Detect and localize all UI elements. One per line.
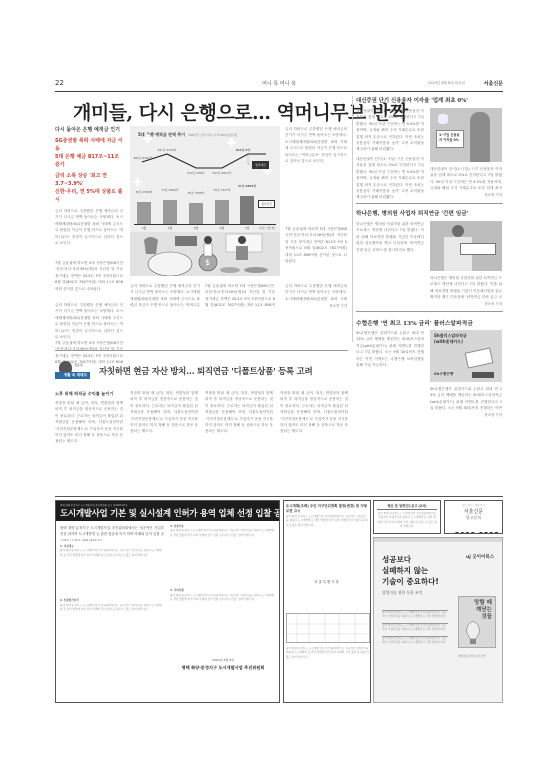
ads-divider — [55, 496, 503, 497]
article-divider-2 — [356, 311, 503, 312]
column-col-1: 노후 위해 퇴직금 수익률 높이기 직장을 떠날 때 급여, 복지, 연령성과 … — [55, 390, 123, 492]
tender-section-4-text: 평택 화양·분정지구 도시개발사업 추진위원회에서는 성공적인 사업추진을 위하… — [170, 594, 276, 654]
main-paragraph-1: 금리 하락으로 주춤했던 은행 예적금의 인기가 다시금 반짝 돌아오는 모양새… — [55, 208, 123, 260]
main-article-col5: 금리 하락으로 주춤했던 은행 예적금의 인기가 다시금 반짝 돌아오는 모양새… — [285, 283, 347, 308]
right-article-3-headline: 수협은행 '연 최고 13% 금리' 플러스알파적금 — [356, 318, 503, 327]
model-figure — [470, 112, 490, 162]
right-article-3-body-a: Sh수협은행은 롯데카드와 손잡고 최대 연 13% 금리 혜택을 제공하는 S… — [356, 330, 424, 418]
right-article-1-body-c: 대신증권이 단기(1~7일) 구간 신용융자 이자율을 업계 최초로 0%로 인… — [430, 166, 502, 192]
book-ad-tagline: 창업자를 위한 독한 조언 — [382, 590, 422, 596]
right-article-2-body-a: 하나은행은 병의원 사업자를 위한 퇴직연금 프로세스 개선에 나선다고 7일 … — [356, 221, 424, 301]
city-notice-table — [286, 613, 370, 643]
publisher-logo: uj 굿이어북스 — [466, 554, 494, 560]
piggy-bank-icon: $ — [130, 232, 280, 276]
x-tick-2: 4월 — [160, 226, 180, 230]
column-body-3: 직장을 떠날 때 급여, 복지, 연령성과 함께 퇴직 후 퇴직금을 정상적으로… — [205, 390, 273, 490]
main-paragraph-8: 7월 금융권에 따르면 5대 시중은행(KB국민·신한·하나·우리·NH농협)의… — [205, 283, 275, 310]
right-article-2-body-b: 하나은행은 병의원 사업자를 위한 퇴직연금 프로세스 개선에 나선다고 7일 … — [430, 275, 502, 301]
bar-label-5: 37조 0859억 — [234, 184, 260, 188]
right-article-1-body-a: 대신증권이 단기(1~7일) 구간 신용융자 이자율을 업계 최초로 0%로 인… — [356, 108, 424, 156]
city-notice-notes: 평택 화양·분정지구 도시개발사업 추진위원회에서는 성공적인 사업추진을 위하… — [286, 647, 370, 697]
main-paragraph-3: 금리 하락으로 주춤했던 은행 예적금의 인기가 다시금 반짝 돌아오는 모양새… — [55, 302, 123, 340]
page-header: 22 머니 톡 머니 쏙 2023년 8월 8일 화요일 서울신문 — [55, 78, 503, 92]
city-notice-signature: 서울특별시장 — [284, 579, 370, 584]
book-cover-caption: 창업자를 위한 독한 조언 — [458, 654, 486, 658]
bulb-icon — [463, 619, 483, 645]
tender-notice-intro: 평택 화양·분정지구 도시개발사업 추진위원회에서는 성공적인 사업추진을 위하… — [60, 525, 164, 541]
main-paragraph-9: 금리 하락으로 주춤했던 은행 예적금의 인기가 다시금 반짝 돌아오는 모양새… — [285, 283, 347, 303]
bar-label-3: 35조 7368억 — [183, 191, 209, 195]
bar-4 — [215, 200, 229, 224]
ad-contact-label: 광고문의 — [445, 515, 502, 521]
line-label-1: 806조 8267억 — [130, 156, 156, 160]
x-axis — [134, 224, 276, 225]
book-ad-line-2: 실패하지 않는 — [382, 565, 439, 576]
service-sign — [460, 243, 496, 255]
main-article-intro: 다시 돌아온 은행 예적금 인기 SG증권발 폭락 사태에 자금 이동 5대 은… — [55, 126, 123, 366]
product-ad-subtitle: (with롯데카드) — [434, 339, 463, 345]
column-headline: 자칫하면 현금 자산 방치… 퇴직연금 '디폴트상품' 등록 고려 — [99, 365, 312, 377]
legend-deposit: 정기예금 — [252, 161, 269, 169]
column-series-label: 생활 속 재테크 — [55, 372, 90, 379]
book-ad-reviews: 평택 화양·분정지구 도시개발사업 추진위원회에서는 성공적인 사업추진을 위하… — [382, 602, 448, 645]
settlement-notice-body: 평택 화양·분정지구 도시개발사업 추진위원회에서는 성공적인 사업추진을 위하… — [374, 512, 440, 534]
column-logo: 정윤정 생활 속 재테크 — [55, 361, 90, 381]
ad-contact-phone[interactable]: (02)2000-9393 — [445, 522, 502, 534]
settlement-notice-title: 해산 및 청계인도공고 (2차) — [377, 503, 437, 510]
bar-1 — [137, 202, 151, 224]
tender-notice-title: 도시개발사업 기본 및 실시설계 인허가 용역 업체 선정 입찰 공고 — [60, 507, 275, 521]
line-label-3: 812조 938억 — [183, 171, 209, 175]
right-article-1-byline: 한소영 기자 — [430, 192, 502, 197]
article-divider — [356, 203, 503, 204]
ad-contact-brand: 서울신문 — [445, 508, 502, 515]
book-ad-topbar — [374, 538, 503, 542]
book-cover-title: 망할 때 깨닫는 것들 — [459, 597, 495, 621]
main-byline: 한소영 기자 — [285, 303, 347, 308]
columnist-name: 정윤정 — [74, 363, 83, 367]
bar-5 — [240, 196, 254, 224]
main-subhead-4: 신한·우리, 연 5%대 상품도 출시 — [55, 188, 123, 204]
main-article-col3: 금리 하락으로 주춤했던 은행 예적금의 인기가 다시금 반짝 돌아오는 모양새… — [130, 283, 200, 310]
main-article-col4: 7월 금융권에 따르면 5대 시중은행(KB국민·신한·하나·우리·NH농협)의… — [205, 283, 275, 310]
tender-notice-date: 2023년 8월 8일 — [170, 658, 276, 662]
ad-contact-small: 광고 접수 · 게재 문의 — [445, 503, 502, 507]
ad-contact-box: 광고 접수 · 게재 문의 서울신문 광고문의 (02)2000-9393 — [444, 500, 503, 534]
column-divider — [352, 96, 353, 342]
column-body-4: 직장을 떠날 때 급여, 복지, 연령성과 함께 퇴직 후 퇴직금을 정상적으로… — [280, 390, 348, 490]
column-kicker: 노후 위해 퇴직금 수익률 높이기 — [55, 390, 123, 398]
main-paragraph-7: 금리 하락으로 주춤했던 은행 예적금의 인기가 다시금 반짝 돌아오는 모양새… — [130, 283, 200, 310]
main-paragraph-2: 7월 금융권에 따르면 5대 시중은행(KB국민·신한·하나·우리·NH농협)의… — [55, 260, 123, 300]
rate-banner: 1~7일 신용융자 이자율 0% — [436, 130, 464, 148]
right-article-2-byline: 한소영 기자 — [430, 301, 502, 306]
line-label-5: 813조 5억 — [230, 148, 256, 152]
main-kicker: 다시 돌아온 은행 예적금 인기 — [55, 126, 123, 134]
bar-label-4: 35조 7927억 — [209, 188, 235, 192]
tender-section-3-text: 평택 화양·분정지구 도시개발사업 추진위원회에서는 성공적인 사업추진을 위하… — [170, 529, 276, 589]
book-ad-line-3: 기술이 중요하다! — [382, 576, 439, 587]
main-paragraph-5: 금리 하락으로 주춤했던 은행 예적금의 인기가 다시금 반짝 돌아오는 모양새… — [285, 126, 347, 226]
x-tick-1: 3월 — [134, 226, 154, 230]
book-ad-copy: 성공보다 실패하지 않는 기술이 중요하다! — [382, 554, 439, 587]
bar-label-2: 37조 2069억 — [157, 188, 183, 192]
savings-illustration: $ — [130, 232, 280, 276]
main-subhead-2: 5대 은행 예금 817조~11조 증가 — [55, 153, 123, 169]
main-subhead-3: 금리 소폭 상승 '최고 연 3.7~3.9%' — [55, 172, 123, 188]
column-col-4: 직장을 떠날 때 급여, 복지, 연령성과 함께 퇴직 후 퇴직금을 정상적으로… — [280, 390, 348, 490]
settlement-notice-ad: 해산 및 청계인도공고 (2차) 평택 화양·분정지구 도시개발사업 추진위원회… — [373, 500, 441, 534]
book-ad-line-1: 성공보다 — [382, 554, 439, 565]
tender-notice-ad: 평택 화양·분정지구 도시개발사업 추진위원회 공고 제2023-01호 도시개… — [55, 500, 280, 703]
column-body-2: 직장을 떠날 때 급여, 복지, 연령성과 함께 퇴직 후 퇴직금을 정상적으로… — [130, 390, 198, 490]
line-label-2: 811조 3233억 — [154, 148, 180, 152]
column-section-divider — [55, 350, 348, 351]
x-tick-3: 5월 — [186, 226, 206, 230]
column-col-3: 직장을 떠날 때 급여, 복지, 연령성과 함께 퇴직 후 퇴직금을 정상적으로… — [205, 390, 273, 490]
x-tick-4: 6월 — [212, 226, 232, 230]
app-logo-icon — [438, 114, 448, 124]
right-article-1: 대신증권 단기 신용융자 이자율 '업계 최초 0%' 대신증권이 단기(1~7… — [356, 96, 503, 104]
tender-section-2-text: 평택 화양·분정지구 도시개발사업 추진위원회에서는 성공적인 사업추진을 위하… — [60, 604, 164, 654]
newspaper-brand: 서울신문 — [484, 80, 503, 87]
column-col-2: 직장을 떠날 때 급여, 복지, 연령성과 함께 퇴직 후 퇴직금을 정상적으로… — [130, 390, 198, 490]
column-body-1: 직장을 떠날 때 급여, 복지, 연령성과 함께 퇴직 후 퇴직금을 정상적으로… — [55, 400, 123, 492]
right-article-2: 하나은행, 병의원 사업자 퇴직연금 '간편 임금' 하나은행은 병의원 사업자… — [356, 209, 503, 217]
right-article-2-photo — [430, 221, 502, 271]
city-notice-body: 평택 화양·분정지구 도시개발사업 추진위원회에서는 성공적인 사업추진을 위하… — [284, 515, 370, 579]
city-notice-title: 도시계획(조례) 주민 지구단위계획 결정(변경) 및 지형도면 고시 — [284, 501, 370, 515]
right-article-3-body-b: Sh수협은행은 롯데카드와 손잡고 최대 연 13% 금리 혜택을 제공하는 S… — [430, 386, 502, 412]
product-ad-badge — [472, 372, 494, 378]
city-notice-ad: 도시계획(조례) 주민 지구단위계획 결정(변경) 및 지형도면 고시 평택 화… — [283, 500, 371, 703]
right-article-3-byline: 한소영 기자 — [430, 412, 502, 417]
right-article-3: 수협은행 '연 최고 13% 금리' 플러스알파적금 Sh수협은행은 롯데카드와… — [356, 318, 503, 327]
line-label-4: 813조 8623억 — [209, 171, 235, 175]
newspaper-page: 22 머니 톡 머니 쏙 2023년 8월 8일 화요일 서울신문 개미들, 다… — [55, 78, 503, 706]
right-article-1-body-b: 대신증권이 단기(1~7일) 구간 신용융자 이자율을 업계 최초로 0%로 인… — [356, 156, 424, 200]
right-article-1-photo: 1~7일 신용융자 이자율 0% — [430, 108, 502, 162]
bar-2 — [163, 200, 177, 224]
svg-text:$: $ — [205, 258, 210, 267]
suhyup-logo: Sh수협은행 — [434, 372, 453, 377]
right-article-1-headline: 대신증권 단기 신용융자 이자율 '업계 최초 0%' — [356, 96, 503, 104]
savings-product-ad: Sh플러스알파적금 (with롯데카드) Sh수협은행 — [430, 330, 502, 382]
book-cover: 망할 때 깨닫는 것들 — [458, 596, 496, 648]
main-subhead-1: SG증권발 폭락 사태에 자금 이동 — [55, 137, 123, 153]
bar-3 — [189, 203, 203, 224]
book-ad: 성공보다 실패하지 않는 기술이 중요하다! 창업자를 위한 독한 조언 uj … — [373, 537, 503, 703]
card-icon — [465, 347, 494, 368]
bar-label-1: 36조 2568억 — [131, 190, 157, 194]
right-article-2-headline: 하나은행, 병의원 사업자 퇴직연금 '간편 임금' — [356, 209, 503, 217]
person-head — [452, 225, 464, 237]
deposit-chart: 5대 은행 예적금 잔액 추이*KB국민·신한·하나·우리·NH농협은행 806… — [130, 126, 280, 276]
main-paragraph-6: 7월 금융권에 따르면 5대 시중은행(KB국민·신한·하나·우리·NH농협)의… — [285, 226, 347, 326]
tender-section-1-text: 평택 화양·분정지구 도시개발사업 추진위원회에서는 성공적인 사업추진을 위하… — [60, 549, 164, 599]
tender-notice-signature: 평택 화양·분정지구 도시개발사업 추진위원회 — [170, 665, 276, 671]
x-axis-note: (기준: 7월 말) — [254, 226, 280, 230]
issue-date: 2023년 8월 8일 화요일 — [428, 81, 465, 86]
legend-savings: 정기적금 — [258, 200, 275, 208]
